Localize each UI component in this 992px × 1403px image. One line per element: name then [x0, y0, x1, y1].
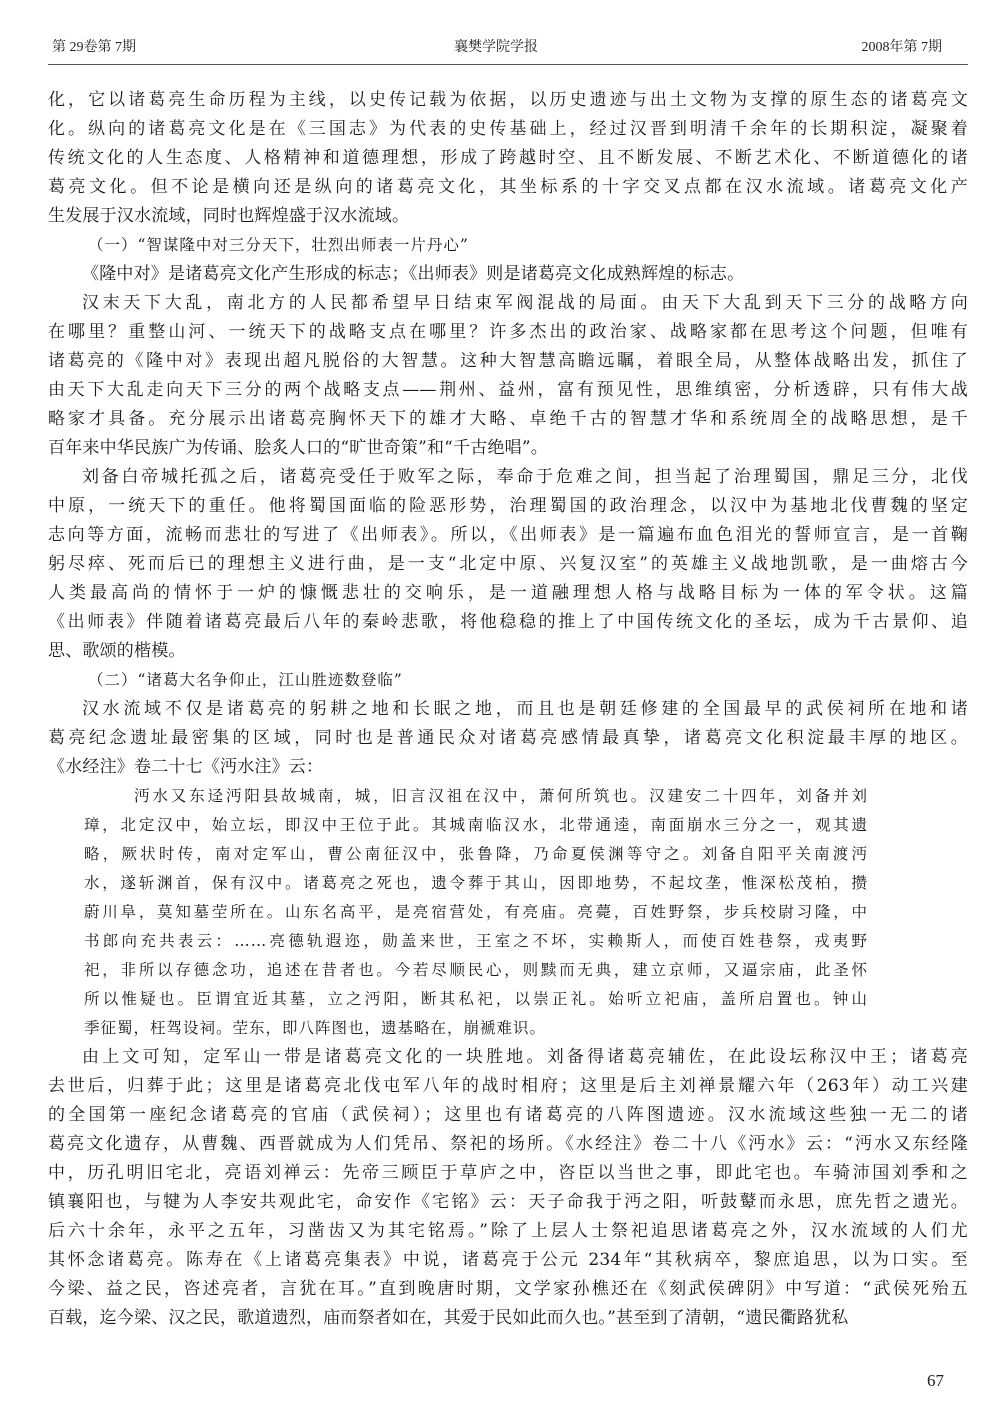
text-line: 璋，北定汉中，始立坛，即汉中王位于此。其城南临汉水，北带通逵，南面崩水三分之一，… [48, 811, 968, 840]
text-line: 中原，一统天下的重任。他将蜀国面临的险恶形势，治理蜀国的政治理念，以汉中为基地北… [48, 492, 968, 521]
paragraph: 《隆中对》是诸葛亮文化产生形成的标志；《出师表》则是诸葛亮文化成熟辉煌的标志。 [48, 260, 968, 289]
text-line: 中，历孔明旧宅北，亮语刘禅云：先帝三顾臣于草庐之中，咨臣以当世之事，即此宅也。车… [48, 1159, 968, 1188]
text-line: 去世后，归葬于此；这里是诸葛亮北伐屯军八年的战时相府；这里是后主刘禅景耀六年（2… [48, 1072, 968, 1101]
article-body: 化，它以诸葛亮生命历程为主线，以史传记载为依据，以历史遗迹与出土文物为支撑的原生… [48, 86, 968, 1333]
text-line: 葛亮纪念遗址最密集的区域，同时也是普通民众对诸葛亮感情最真挚，诸葛亮文化积淀最丰… [48, 724, 968, 753]
text-line: 祀，非所以存德念功，追述在昔者也。今若尽顺民心，则黩而无典，建立京师，又逼宗庙，… [48, 956, 968, 985]
year-issue: 2008年第 7期 [862, 36, 943, 56]
text-line: 由天下大乱走向天下三分的两个战略支点——荆州、益州，富有预见性，思维缜密，分析透… [48, 376, 968, 405]
text-line: 刘备白帝城托孤之后，诸葛亮受任于败军之际，奉命于危难之间，担当起了治理蜀国，鼎足… [48, 463, 968, 492]
text-line: 思、歌颂的楷模。 [48, 637, 968, 666]
text-line: 生发展于汉水流域，同时也辉煌盛于汉水流域。 [48, 202, 968, 231]
text-line: 化。纵向的诸葛亮文化是在《三国志》为代表的史传基础上，经过汉晋到明清千余年的长期… [48, 115, 968, 144]
journal-title: 襄樊学院学报 [48, 36, 944, 56]
text-line: 镇襄阳也，与犍为人李安共观此宅，命安作《宅铭》云：天子命我于沔之阳，听鼓鼙而永思… [48, 1188, 968, 1217]
paragraph: 汉水流域不仅是诸葛亮的躬耕之地和长眠之地，而且也是朝廷修建的全国最早的武侯祠所在… [48, 695, 968, 782]
page-number: 67 [927, 1371, 944, 1391]
text-line: 化，它以诸葛亮生命历程为主线，以史传记载为依据，以历史遗迹与出土文物为支撑的原生… [48, 86, 968, 115]
text-line: 后六十余年，永平之五年，习凿齿又为其宅铭焉。”除了上层人士祭祀追思诸葛亮之外，汉… [48, 1217, 968, 1246]
text-line: 百载，迄今梁、汉之民，歌道遗烈，庙而祭者如在，其爱于民如此而久也。”甚至到了清朝… [48, 1304, 968, 1333]
text-line: 书郎向充共表云：……亮德轨遐迩，勋盖来世，王室之不坏，实赖斯人，而使百姓巷祭，戎… [48, 927, 968, 956]
text-line: 人类最高尚的情怀于一炉的慷慨悲壮的交响乐，是一道融理想人格与战略目标为一体的军令… [48, 579, 968, 608]
text-line: 略，厥状时传，南对定军山，曹公南征汉中，张鲁降，乃命夏侯渊等守之。刘备自阳平关南… [48, 840, 968, 869]
text-line: 汉末天下大乱，南北方的人民都希望早日结束军阀混战的局面。由天下大乱到天下三分的战… [48, 289, 968, 318]
text-line: 沔水又东迳沔阳县故城南，城，旧言汉祖在汉中，萧何所筑也。汉建安二十四年，刘备并刘 [48, 782, 968, 811]
text-line: 在哪里？重整山河、一统天下的战略支点在哪里？许多杰出的政治家、战略家都在思考这个… [48, 318, 968, 347]
text-line: 的全国第一座纪念诸葛亮的官庙（武侯祠）；这里也有诸葛亮的八阵图遗迹。汉水流域这些… [48, 1101, 968, 1130]
header-rule [48, 64, 968, 65]
text-line: 所以惟疑也。臣谓宜近其墓，立之沔阳，断其私祀，以崇正礼。始听立祀庙，盖所启置也。… [48, 985, 968, 1014]
text-line: 《水经注》卷二十七《沔水注》云： [48, 753, 968, 782]
text-line: （二）“诸葛大名争仰止，江山胜迹数登临” [48, 666, 968, 695]
text-line: 汉水流域不仅是诸葛亮的躬耕之地和长眠之地，而且也是朝廷修建的全国最早的武侯祠所在… [48, 695, 968, 724]
text-line: 诸葛亮的《隆中对》表现出超凡脱俗的大智慧。这种大智慧高瞻远瞩，着眼全局，从整体战… [48, 347, 968, 376]
text-line: 百年来中华民族广为传诵、脍炙人口的“旷世奇策”和“千古绝唱”。 [48, 434, 968, 463]
text-line: 季征蜀，枉驾设祠。茔东，即八阵图也，遗基略在，崩褫难识。 [48, 1014, 968, 1043]
text-line: 葛亮文化遗存，从曹魏、西晋就成为人们凭吊、祭祀的场所。《水经注》卷二十八《沔水》… [48, 1130, 968, 1159]
paragraph: 汉末天下大乱，南北方的人民都希望早日结束军阀混战的局面。由天下大乱到天下三分的战… [48, 289, 968, 463]
text-line: 水，遂斩渊首，保有汉中。诸葛亮之死也，遗令葬于其山，因即地势，不起坟垄，惟深松茂… [48, 869, 968, 898]
text-line: 《出师表》伴随着诸葛亮最后八年的秦岭悲歌，将他稳稳的推上了中国传统文化的圣坛，成… [48, 608, 968, 637]
text-line: 躬尽瘁、死而后已的理想主义进行曲，是一支“北定中原、兴复汉室”的英雄主义战地凯歌… [48, 550, 968, 579]
text-line: 葛亮文化。但不论是横向还是纵向的诸葛亮文化，其坐标系的十字交叉点都在汉水流域。诸… [48, 173, 968, 202]
section-heading: （二）“诸葛大名争仰止，江山胜迹数登临” [48, 666, 968, 695]
text-line: （一）“智谋隆中对三分天下，壮烈出师表一片丹心” [48, 231, 968, 260]
paragraph: 化，它以诸葛亮生命历程为主线，以史传记载为依据，以历史遗迹与出土文物为支撑的原生… [48, 86, 968, 231]
text-line: 由上文可知，定军山一带是诸葛亮文化的一块胜地。刘备得诸葛亮辅佐，在此设坛称汉中王… [48, 1043, 968, 1072]
running-header: 第 29卷第 7期 襄樊学院学报 2008年第 7期 [48, 36, 944, 62]
text-line: 志向等方面，流畅而悲壮的写进了《出师表》。所以，《出师表》是一篇遍布血色泪光的誓… [48, 521, 968, 550]
text-line: 《隆中对》是诸葛亮文化产生形成的标志；《出师表》则是诸葛亮文化成熟辉煌的标志。 [48, 260, 968, 289]
section-heading: （一）“智谋隆中对三分天下，壮烈出师表一片丹心” [48, 231, 968, 260]
text-line: 其怀念诸葛亮。陈寿在《上诸葛亮集表》中说，诸葛亮于公元 234年“其秋病卒，黎庶… [48, 1246, 968, 1275]
text-line: 传统文化的人生态度、人格精神和道德理想，形成了跨越时空、且不断发展、不断艺术化、… [48, 144, 968, 173]
text-line: 蔚川阜，莫知墓茔所在。山东名高平，是亮宿营处，有亮庙。亮薨，百姓野祭，步兵校尉习… [48, 898, 968, 927]
paragraph: 刘备白帝城托孤之后，诸葛亮受任于败军之际，奉命于危难之间，担当起了治理蜀国，鼎足… [48, 463, 968, 666]
paragraph: 由上文可知，定军山一带是诸葛亮文化的一块胜地。刘备得诸葛亮辅佐，在此设坛称汉中王… [48, 1043, 968, 1333]
text-line: 今梁、益之民，咨述亮者，言犹在耳。”直到晚唐时期，文学家孙樵还在《刻武侯碑阴》中… [48, 1275, 968, 1304]
text-line: 略家才具备。充分展示出诸葛亮胸怀天下的雄才大略、卓绝千古的智慧才华和系统周全的战… [48, 405, 968, 434]
block-quote: 沔水又东迳沔阳县故城南，城，旧言汉祖在汉中，萧何所筑也。汉建安二十四年，刘备并刘… [48, 782, 968, 1043]
